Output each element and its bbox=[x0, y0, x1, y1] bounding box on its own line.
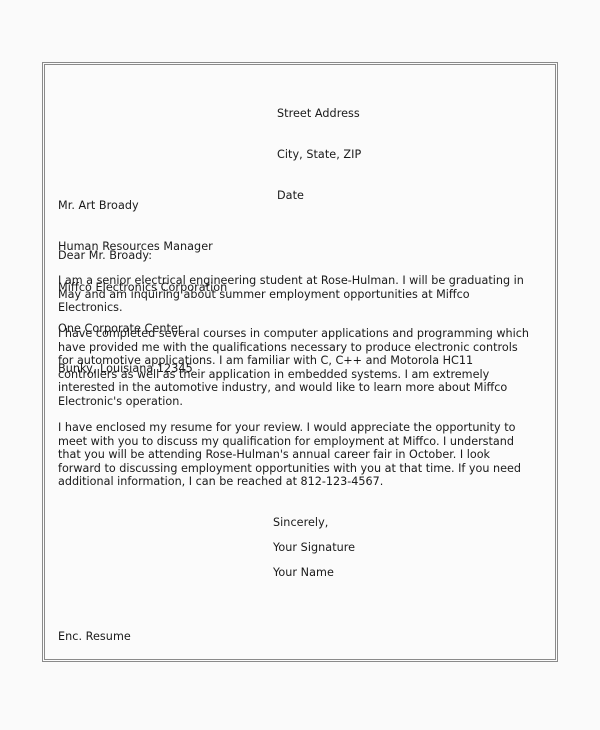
paragraph-line: Electronics. bbox=[58, 301, 558, 315]
paragraph-line: meet with you to discuss my qualificatio… bbox=[58, 435, 558, 449]
paragraph-closing-request: I have enclosed my resume for your revie… bbox=[58, 421, 558, 489]
paragraph-line: that you will be attending Rose-Hulman's… bbox=[58, 448, 558, 462]
sender-address-block: Street Address City, State, ZIP Date bbox=[277, 80, 361, 230]
paragraph-line: Electronic's operation. bbox=[58, 395, 558, 409]
paragraph-line: I am a senior electrical engineering stu… bbox=[58, 274, 558, 288]
signer-name: Your Name bbox=[273, 566, 334, 580]
paragraph-line: interested in the automotive industry, a… bbox=[58, 381, 558, 395]
paragraph-qualifications: I have completed several courses in comp… bbox=[58, 327, 558, 409]
paragraph-intro: I am a senior electrical engineering stu… bbox=[58, 274, 558, 315]
sender-street: Street Address bbox=[277, 107, 361, 121]
paragraph-line: forward to discussing employment opportu… bbox=[58, 462, 558, 476]
signature: Your Signature bbox=[273, 541, 355, 555]
paragraph-line: for automotive applications. I am famili… bbox=[58, 354, 558, 368]
paragraph-line: have provided me with the qualifications… bbox=[58, 341, 558, 355]
paragraph-line: controllers as well as their application… bbox=[58, 368, 558, 382]
paragraph-line: I have enclosed my resume for your revie… bbox=[58, 421, 558, 435]
salutation: Dear Mr. Broady: bbox=[58, 249, 152, 263]
enclosure-note: Enc. Resume bbox=[58, 630, 131, 644]
paragraph-line: additional information, I can be reached… bbox=[58, 475, 558, 489]
paragraph-line: I have completed several courses in comp… bbox=[58, 327, 558, 341]
sender-city-state-zip: City, State, ZIP bbox=[277, 148, 361, 162]
valediction: Sincerely, bbox=[273, 516, 328, 530]
recipient-name: Mr. Art Broady bbox=[58, 199, 227, 213]
paragraph-line: May and am inquiring about summer employ… bbox=[58, 288, 558, 302]
letter-date: Date bbox=[277, 189, 361, 203]
letter-page: Street Address City, State, ZIP Date Mr.… bbox=[42, 62, 558, 662]
